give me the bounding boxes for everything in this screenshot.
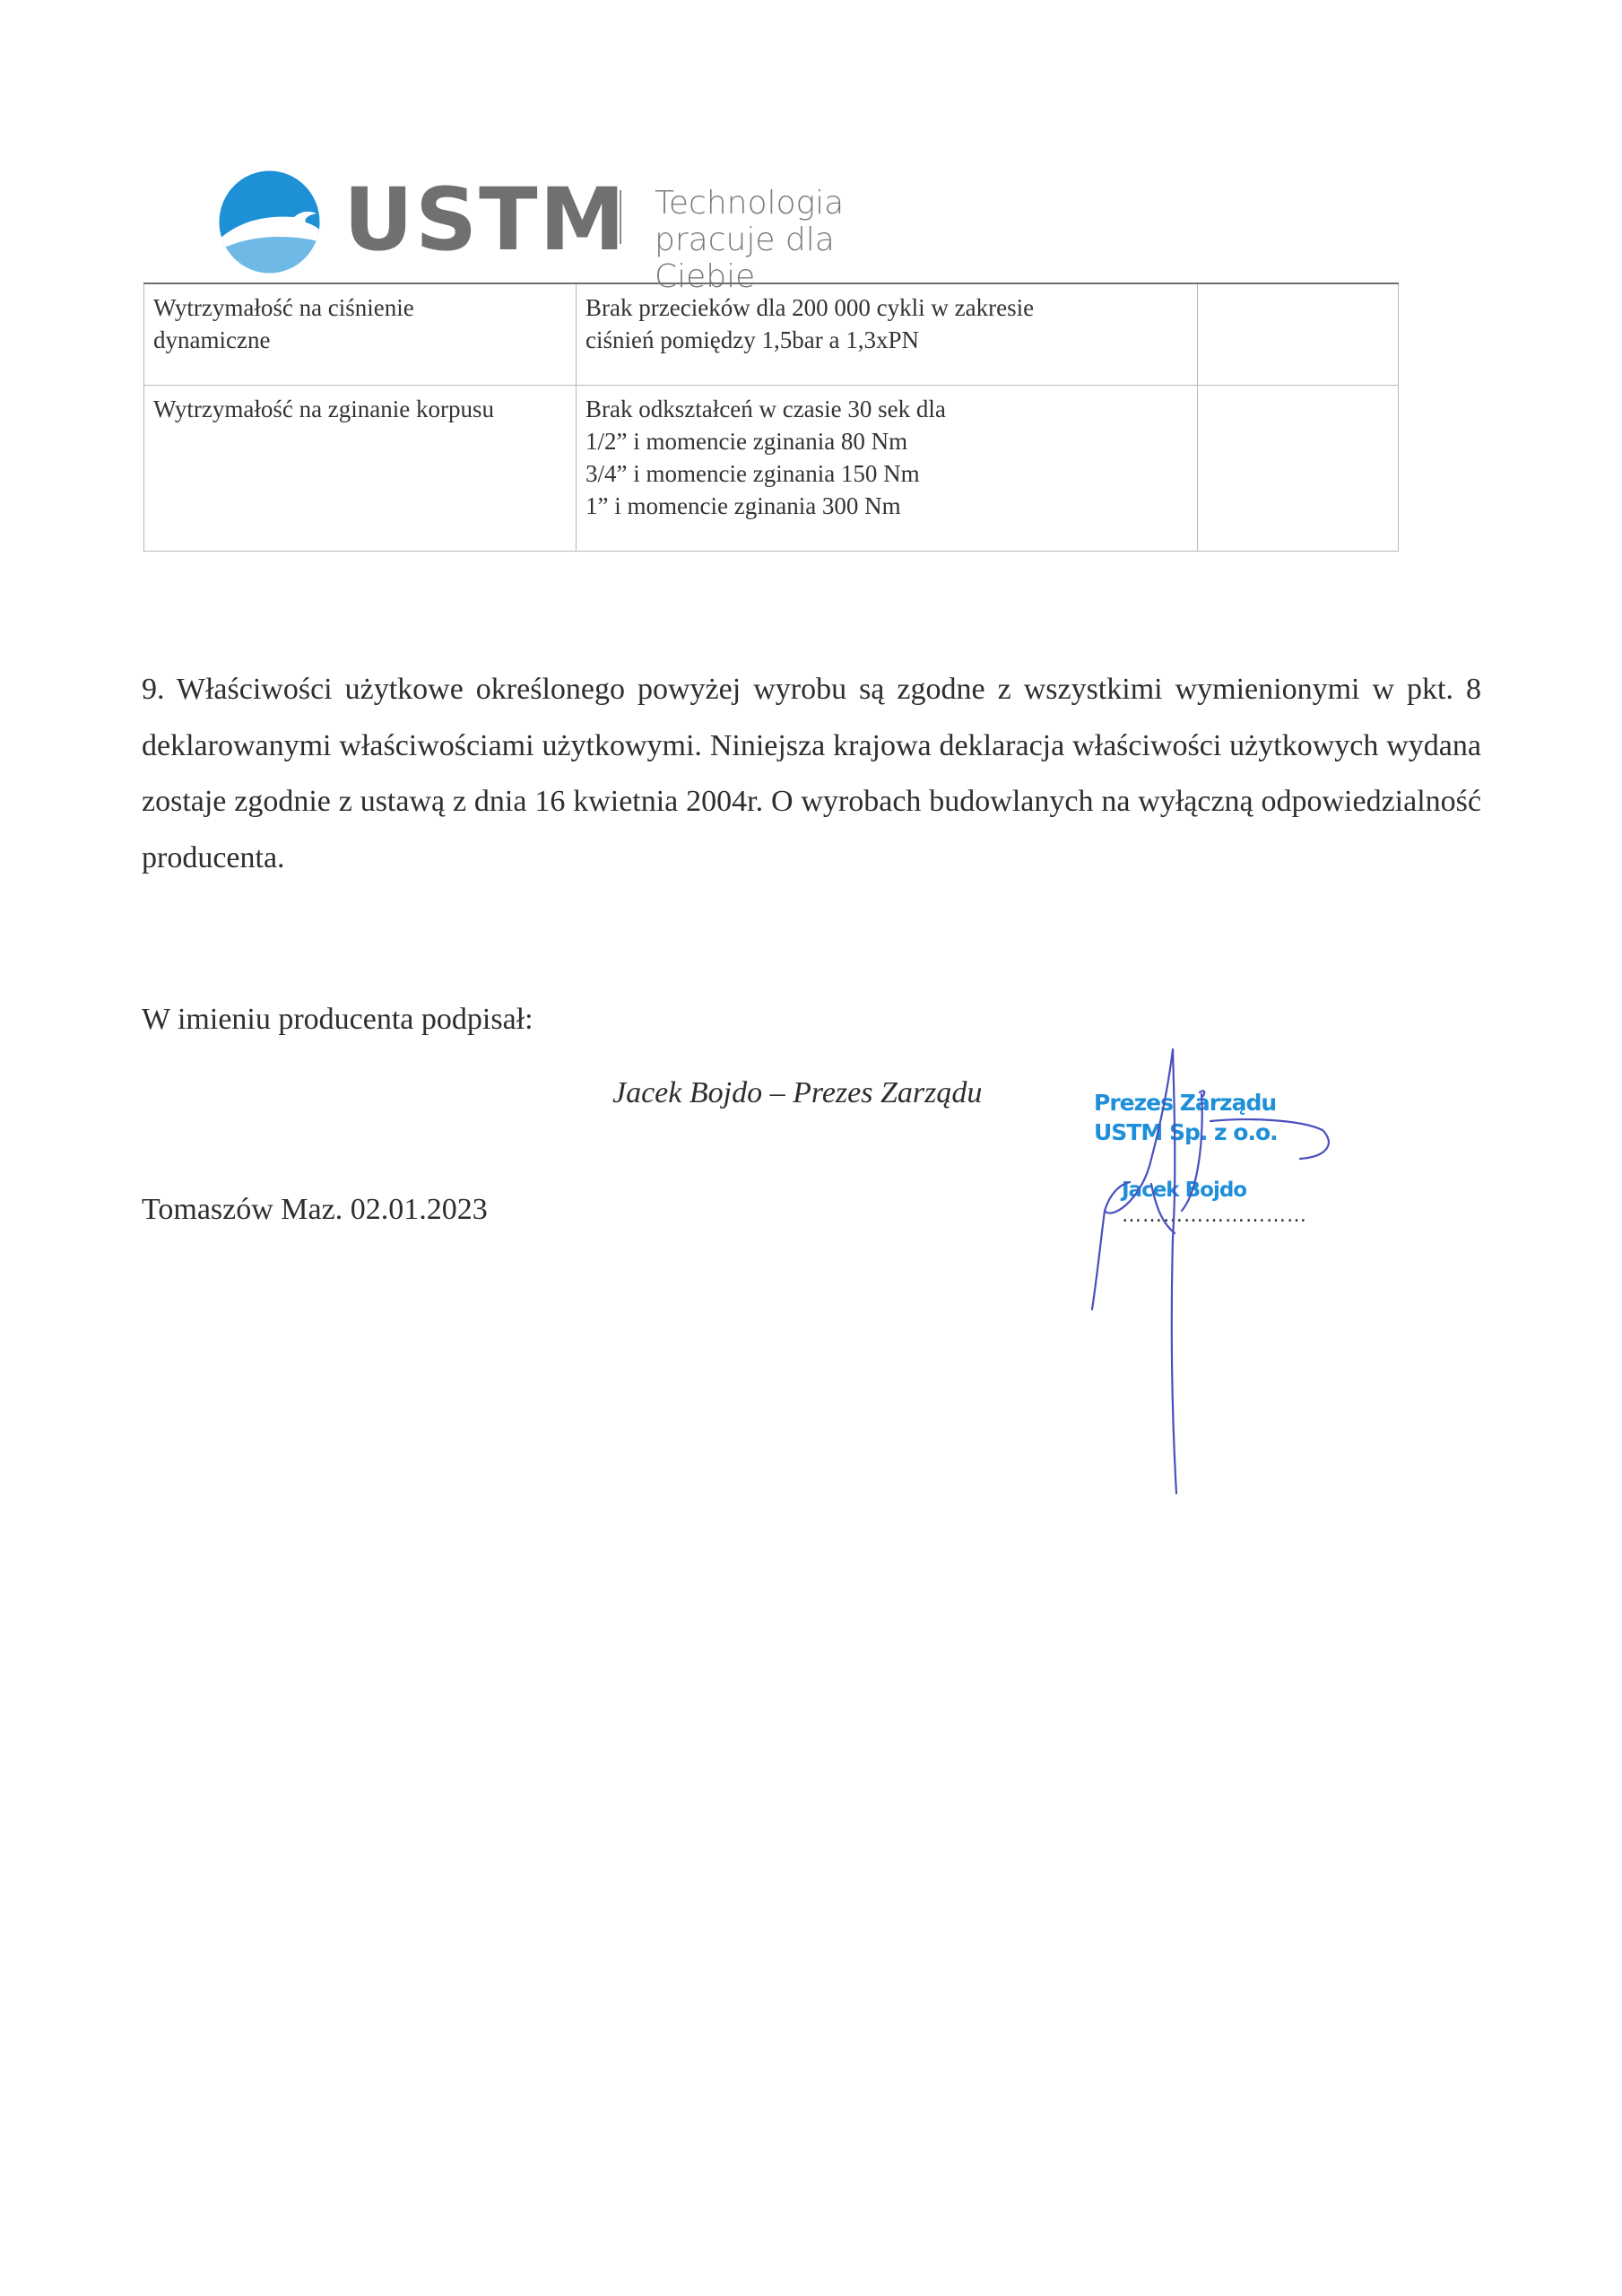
- requirement-text: ciśnień pomiędzy 1,5bar a 1,3xPN: [585, 324, 1189, 356]
- handwritten-signature-icon: [1067, 1040, 1336, 1507]
- property-text: Wytrzymałość na zginanie korpusu: [153, 393, 568, 425]
- place-and-date: Tomaszów Maz. 02.01.2023: [142, 1193, 488, 1227]
- requirement-cell: Brak odkształceń w czasie 30 sek dla 1/2…: [577, 386, 1197, 552]
- value-cell: [1197, 386, 1398, 552]
- requirement-text: Brak przecieków dla 200 000 cykli w zakr…: [585, 291, 1189, 324]
- ustm-wave-logo-icon: [218, 170, 321, 274]
- logo-divider: [620, 190, 621, 244]
- tagline-line-1: Technologia: [655, 185, 935, 222]
- performance-table: Wytrzymałość na ciśnienie dynamiczne Bra…: [143, 283, 1399, 552]
- property-cell: Wytrzymałość na ciśnienie dynamiczne: [144, 283, 577, 386]
- declaration-paragraph: 9. Właściwości użytkowe określonego powy…: [142, 662, 1481, 886]
- requirement-cell: Brak przecieków dla 200 000 cykli w zakr…: [577, 283, 1197, 386]
- brand-wordmark: USTM: [343, 170, 627, 269]
- table-row: Wytrzymałość na zginanie korpusu Brak od…: [144, 386, 1399, 552]
- signer-name: Jacek Bojdo – Prezes Zarządu: [612, 1076, 982, 1110]
- signed-by-label: W imieniu producenta podpisał:: [142, 1003, 533, 1037]
- table-row: Wytrzymałość na ciśnienie dynamiczne Bra…: [144, 283, 1399, 386]
- value-cell: [1197, 283, 1398, 386]
- property-text: dynamiczne: [153, 324, 568, 356]
- requirement-text: 3/4” i momencie zginania 150 Nm: [585, 457, 1189, 490]
- property-text: Wytrzymałość na ciśnienie: [153, 291, 568, 324]
- brand-tagline: Technologia pracuje dla Ciebie: [655, 185, 935, 295]
- company-logo: USTM Technologia pracuje dla Ciebie: [218, 170, 935, 278]
- property-cell: Wytrzymałość na zginanie korpusu: [144, 386, 577, 552]
- requirement-text: Brak odkształceń w czasie 30 sek dla: [585, 393, 1189, 425]
- requirement-text: 1/2” i momencie zginania 80 Nm: [585, 425, 1189, 457]
- requirement-text: 1” i momencie zginania 300 Nm: [585, 490, 1189, 522]
